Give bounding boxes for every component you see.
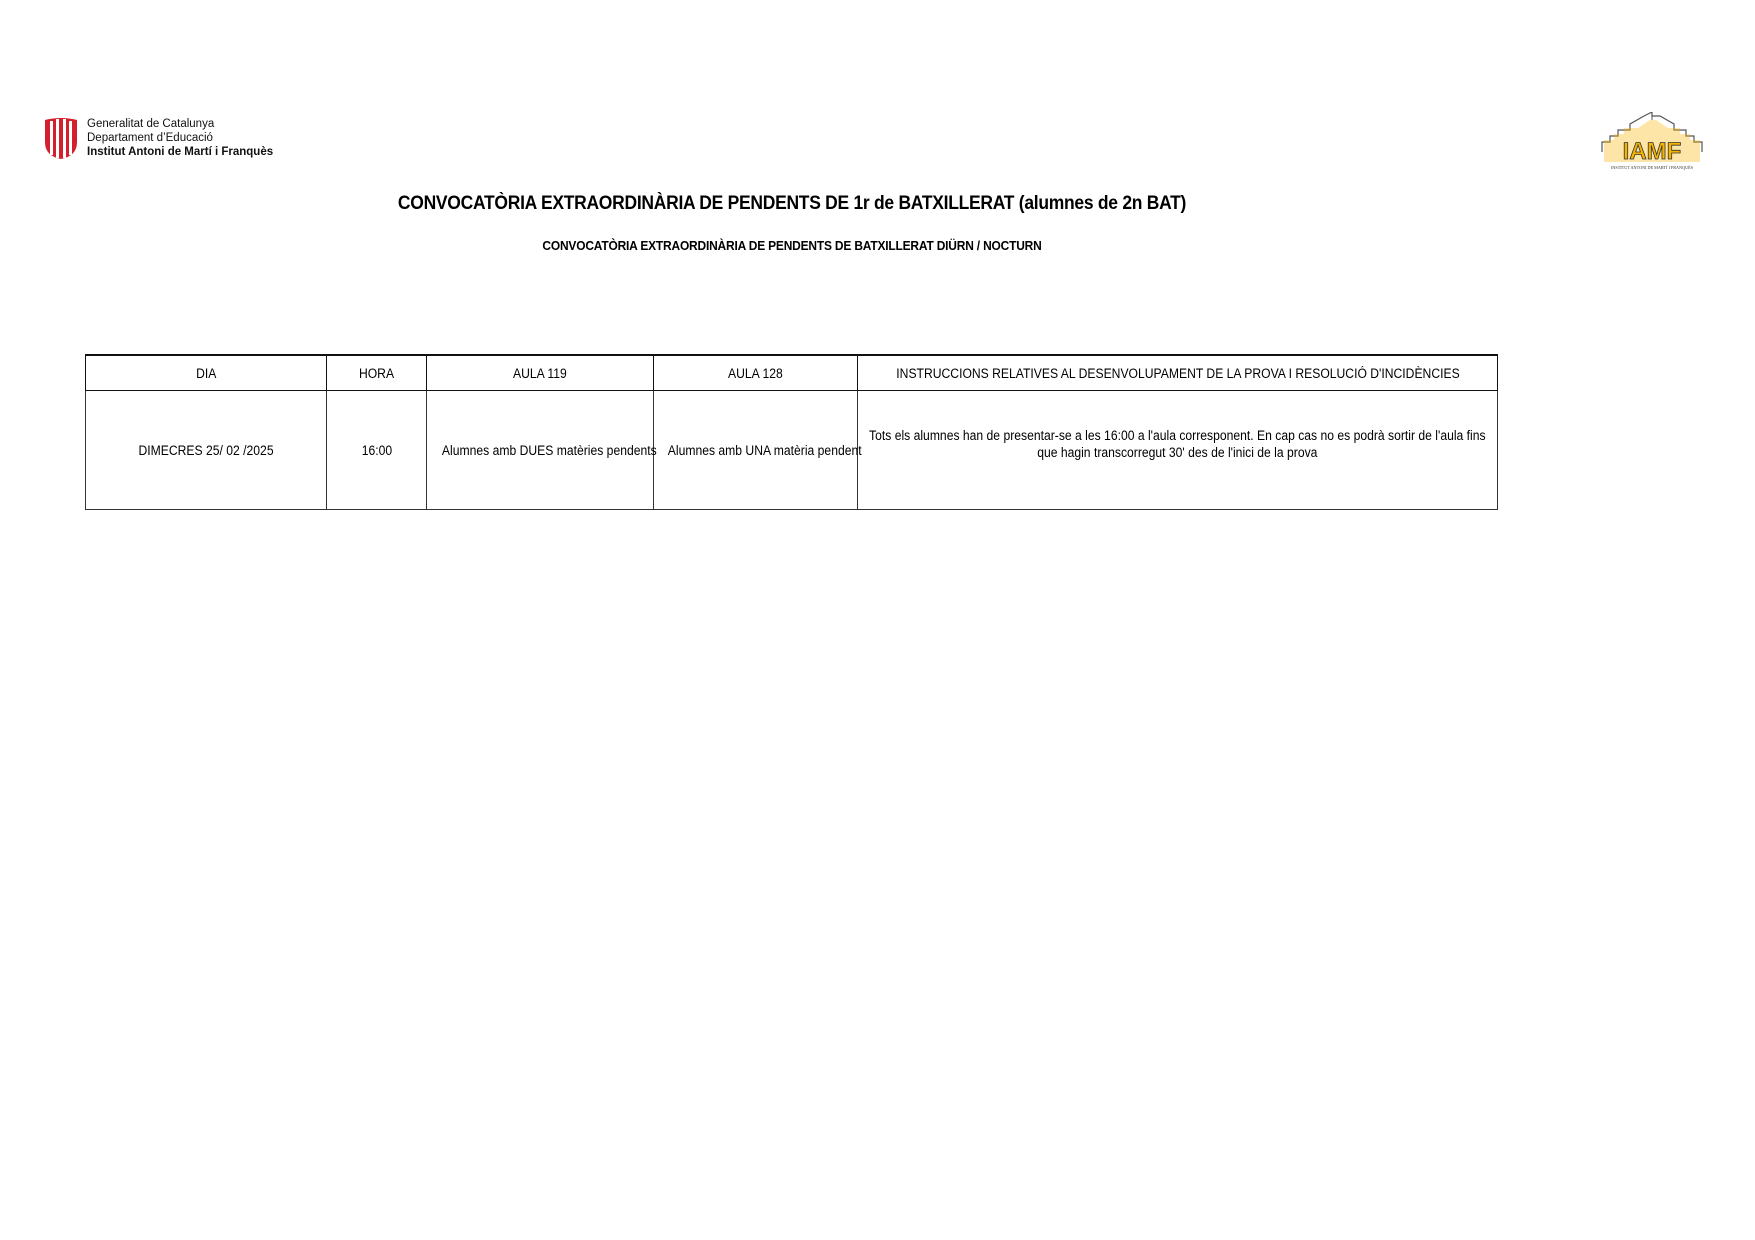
page-title: CONVOCATÒRIA EXTRAORDINÀRIA DE PENDENTS … — [63, 193, 1520, 215]
column-header-dia: DIA — [86, 355, 327, 391]
generalitat-logo: Generalitat de Catalunya Departament d’E… — [43, 116, 273, 160]
generalitat-shield-icon — [43, 116, 79, 160]
org-line-department: Departament d’Educació — [87, 131, 273, 145]
svg-text:INSTITUT ANTONI DE MARTÍ I FRA: INSTITUT ANTONI DE MARTÍ I FRANQUÈS — [1611, 165, 1694, 170]
table-header-row: DIA HORA AULA 119 AULA 128 INSTRUCCIONS … — [86, 355, 1498, 391]
page-subtitle: CONVOCATÒRIA EXTRAORDINÀRIA DE PENDENTS … — [63, 238, 1520, 253]
iamf-logo-icon: IAMF INSTITUT ANTONI DE MARTÍ I FRANQUÈS — [1600, 112, 1704, 172]
org-line-generalitat: Generalitat de Catalunya — [87, 117, 273, 131]
table-row: DIMECRES 25/ 02 /2025 16:00 Alumnes amb … — [86, 391, 1498, 510]
column-header-aula-119: AULA 119 — [427, 355, 654, 391]
organization-text: Generalitat de Catalunya Departament d’E… — [87, 117, 273, 159]
org-line-institute: Institut Antoni de Martí i Franquès — [87, 145, 273, 159]
exam-schedule-table: DIA HORA AULA 119 AULA 128 INSTRUCCIONS … — [85, 354, 1498, 510]
cell-dia: DIMECRES 25/ 02 /2025 — [86, 391, 327, 510]
column-header-aula-128: AULA 128 — [654, 355, 858, 391]
cell-aula-119: Alumnes amb DUES matèries pendents — [427, 391, 654, 510]
svg-text:IAMF: IAMF — [1623, 138, 1682, 165]
column-header-instructions: INSTRUCCIONS RELATIVES AL DESENVOLUPAMEN… — [858, 355, 1498, 391]
cell-instructions: Tots els alumnes han de presentar-se a l… — [858, 391, 1498, 510]
cell-aula-128: Alumnes amb UNA matèria pendent — [654, 391, 858, 510]
column-header-hora: HORA — [327, 355, 427, 391]
cell-hora: 16:00 — [327, 391, 427, 510]
